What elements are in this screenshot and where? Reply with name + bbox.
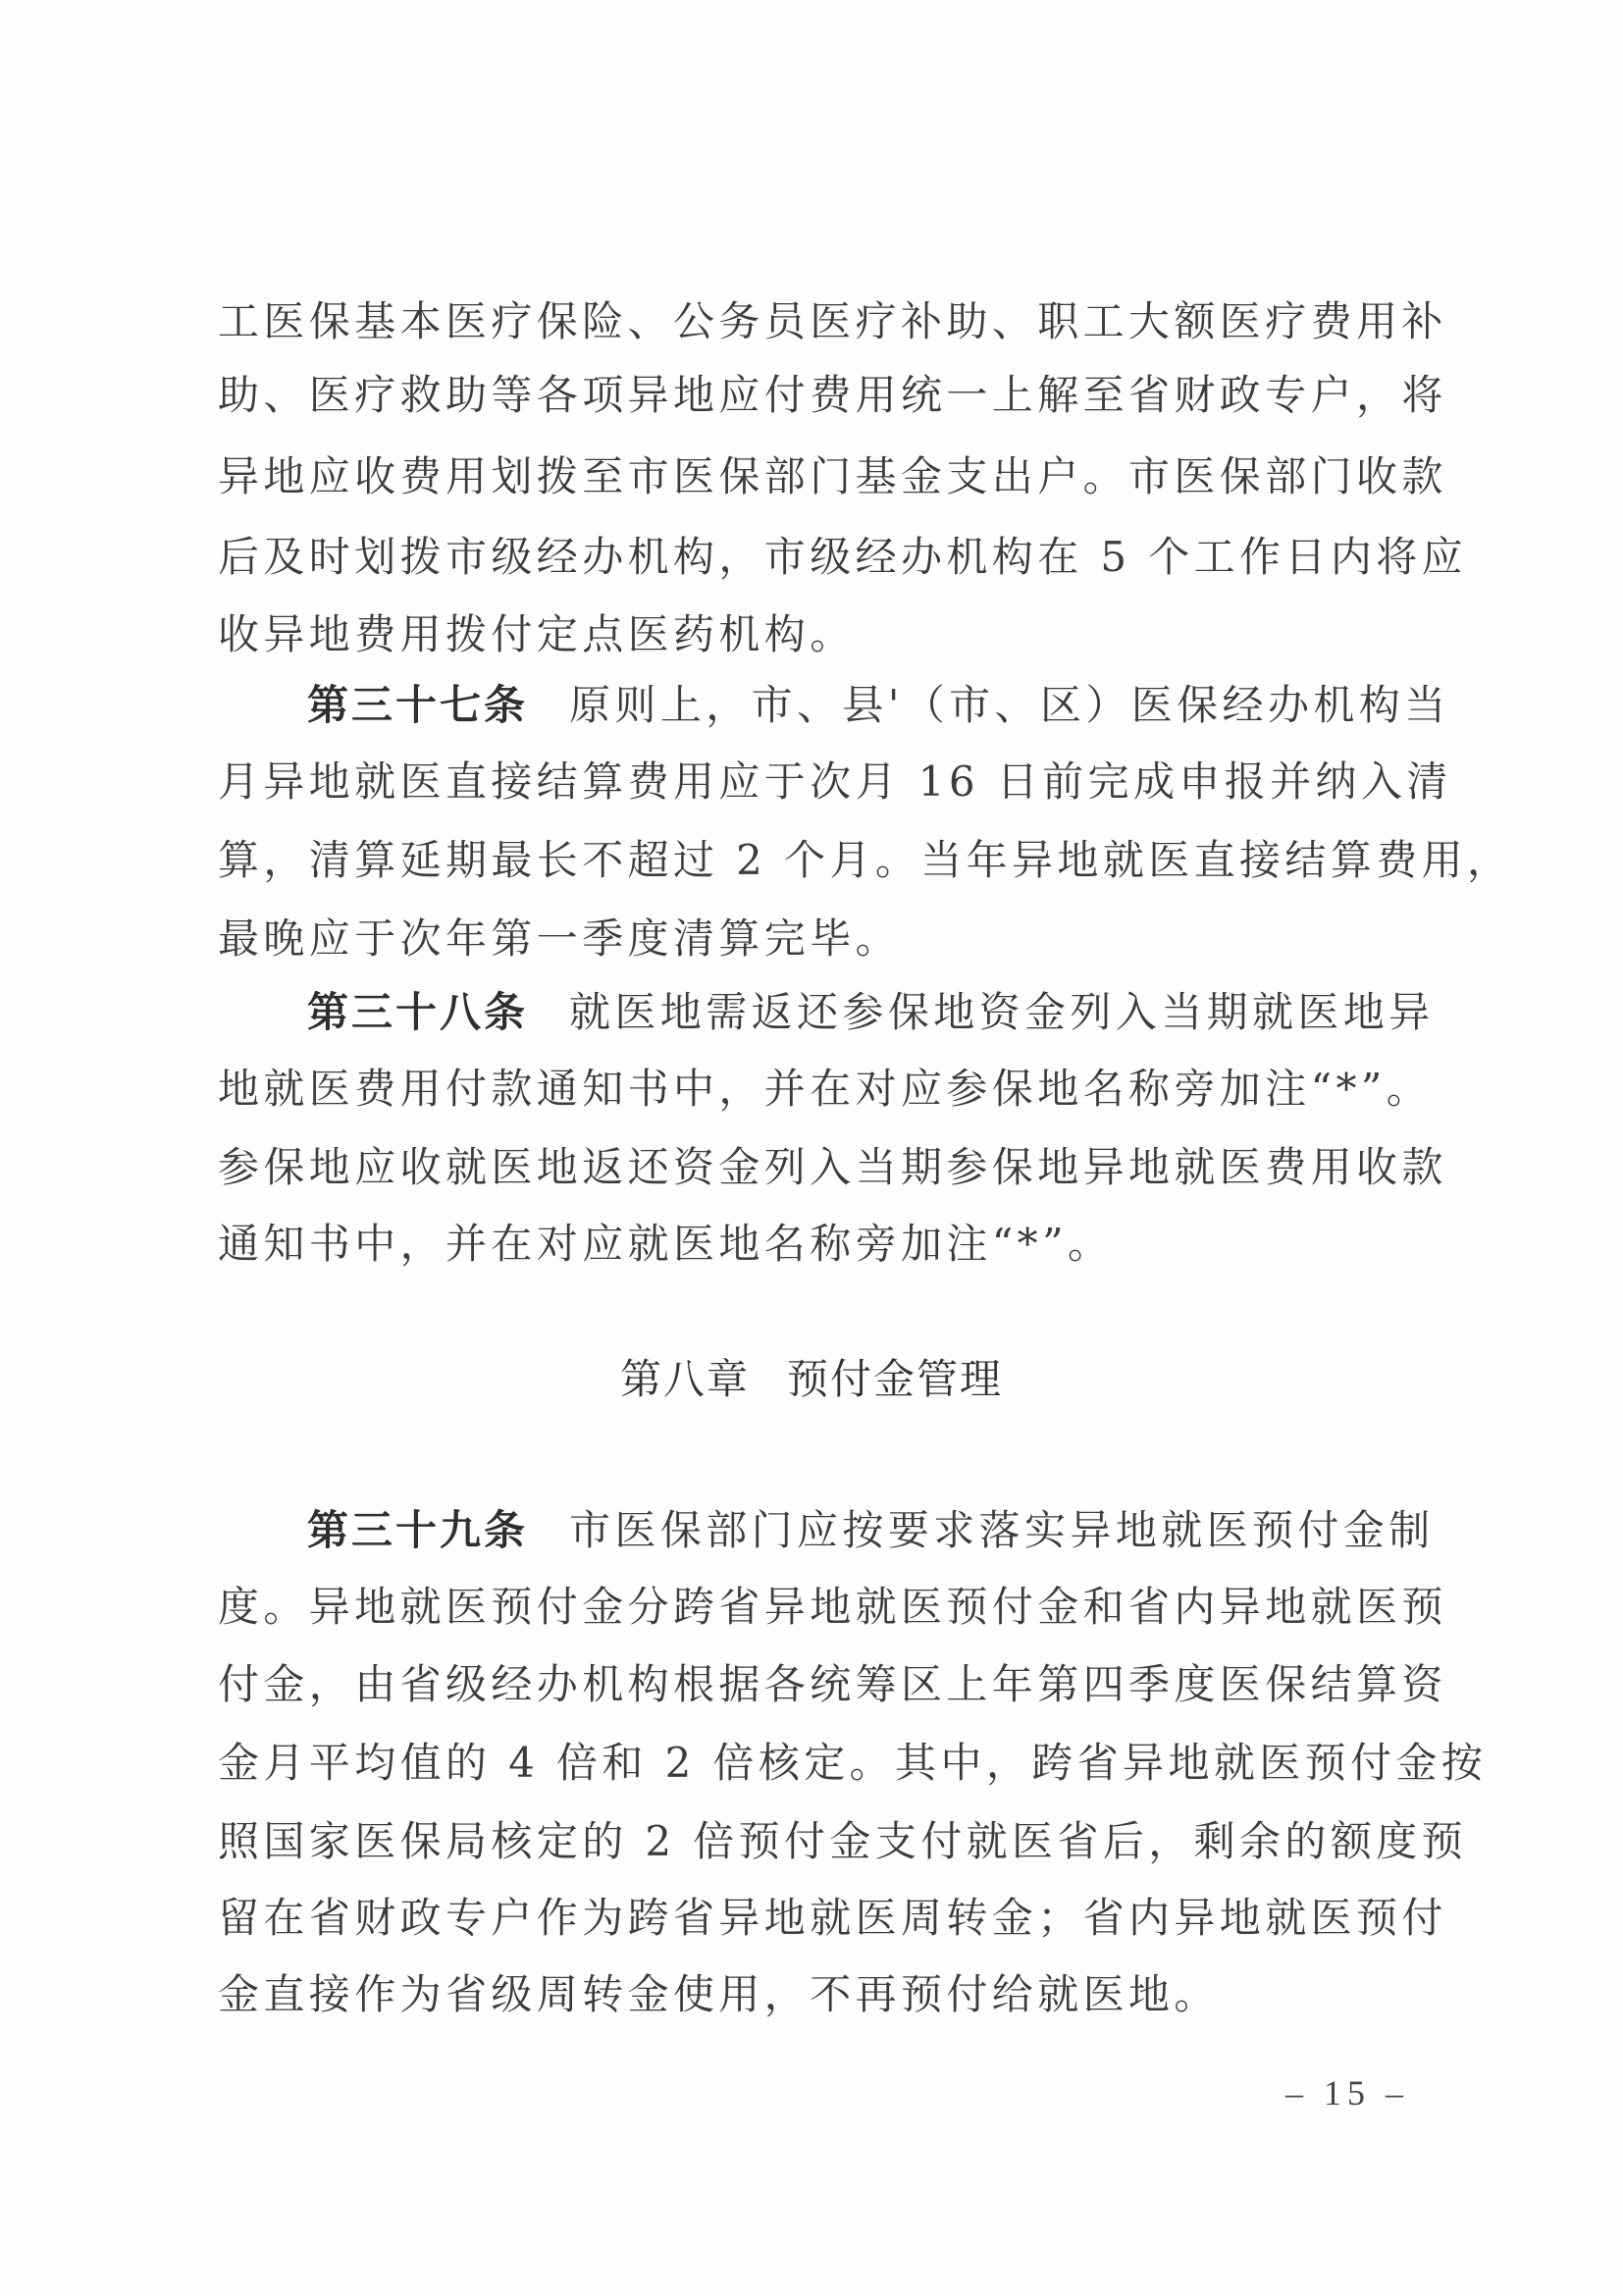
document-page: 工医保基本医疗保险、公务员医疗补助、职工大额医疗费用补 助、医疗救助等各项异地应… — [0, 0, 1623, 2296]
chapter-number: 第八章 — [620, 1355, 750, 1403]
paragraph-line: 后及时划拨市级经办机构，市级经办机构在 5 个工作日内将应 — [218, 528, 1405, 587]
article-39-first-line: 第三十九条市医保部门应按要求落实异地就医预付金制 — [307, 1501, 1406, 1560]
paragraph-line: 度。异地就医预付金分跨省异地就医预付金和省内异地就医预 — [218, 1578, 1405, 1637]
page-number: – 15 – — [1285, 2068, 1409, 2117]
paragraph-line: 金月平均值的 4 倍和 2 倍核定。其中，跨省异地就医预付金按 — [218, 1734, 1405, 1793]
article-37-text: 原则上，市、县'（市、区）医保经办机构当 — [569, 681, 1450, 729]
paragraph-line: 收异地费用拨付定点医药机构。 — [218, 605, 1405, 664]
article-39-text: 市医保部门应按要求落实异地就医预付金制 — [569, 1506, 1435, 1554]
paragraph-line: 金直接作为省级周转金使用，不再预付给就医地。 — [218, 1965, 1405, 2024]
chapter-heading: 第八章预付金管理 — [0, 1350, 1623, 1409]
chapter-title: 预付金管理 — [787, 1355, 1003, 1403]
paragraph-line: 最晚应于次年第一季度清算完毕。 — [218, 910, 1405, 968]
article-38-text: 就医地需返还参保地资金列入当期就医地异 — [569, 988, 1435, 1036]
paragraph-line: 照国家医保局核定的 2 倍预付金支付就医省后，剩余的额度预 — [218, 1812, 1405, 1871]
paragraph-line: 留在省财政专户作为跨省异地就医周转金；省内异地就医预付 — [218, 1889, 1405, 1948]
paragraph-line: 参保地应收就医地返还资金列入当期参保地异地就医费用收款 — [218, 1138, 1405, 1197]
paragraph-line: 异地应收费用划拨至市医保部门基金支出户。市医保部门收款 — [218, 447, 1405, 506]
paragraph-line: 算，清算延期最长不超过 2 个月。当年异地就医直接结算费用， — [218, 831, 1405, 890]
article-37-label: 第三十七条 — [307, 681, 528, 729]
paragraph-line: 付金，由省级经办机构根据各统筹区上年第四季度医保结算资 — [218, 1655, 1405, 1714]
paragraph-line: 助、医疗救助等各项异地应付费用统一上解至省财政专户，将 — [218, 366, 1405, 425]
paragraph-line: 工医保基本医疗保险、公务员医疗补助、职工大额医疗费用补 — [218, 292, 1405, 351]
paragraph-line: 月异地就医直接结算费用应于次月 16 日前完成申报并纳入清 — [218, 753, 1405, 811]
article-37-first-line: 第三十七条原则上，市、县'（市、区）医保经办机构当 — [307, 676, 1406, 735]
paragraph-line: 地就医费用付款通知书中，并在对应参保地名称旁加注“*”。 — [218, 1060, 1405, 1119]
article-38-first-line: 第三十八条就医地需返还参保地资金列入当期就医地异 — [307, 983, 1406, 1042]
paragraph-line: 通知书中，并在对应就医地名称旁加注“*”。 — [218, 1215, 1405, 1274]
article-38-label: 第三十八条 — [307, 988, 528, 1036]
article-39-label: 第三十九条 — [307, 1506, 528, 1554]
